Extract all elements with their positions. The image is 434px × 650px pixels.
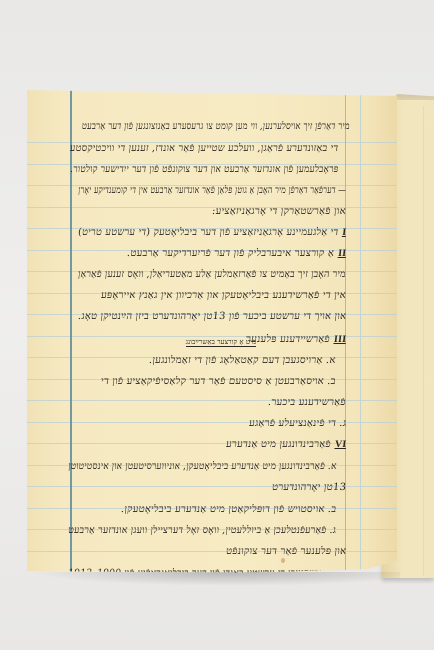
text-line: און פֿאַרשטאַרקן די אָרגאַניזאַציע: [211, 202, 347, 222]
text-line: מיר דאַרפֿן זיך אויסלערנען, ווי מען קומט… [81, 117, 351, 137]
section-marker: I [341, 227, 346, 238]
section-heading: VIפֿאַרבינדונגען מיט אַנדערע [225, 435, 347, 455]
section-heading: Iדי אַלגעמיינע אָרגאַניזאַציע פֿון דער ב… [77, 223, 347, 243]
text-line: פֿאַרשידענע ביכער. [267, 393, 347, 413]
interlinear-insertion: מיט אַ קורצער באַשרײַבונג [186, 338, 256, 347]
text-line: פּראָבלעמען פֿון אונדזער אַרבעט און דער … [69, 160, 339, 180]
text-line: און פּלענער פֿאַר דער צוקונפֿט [225, 542, 347, 562]
text-line: 13טן יאָרהונדערט [271, 478, 347, 498]
section-heading: IIאַ קורצער איבערבליק פֿון דער פֿריִערדי… [126, 244, 347, 264]
section-marker: VI [334, 439, 347, 450]
list-item: ג. פֿאַרעפֿנטלעכן אַ ביוללעטין, וואָס זא… [67, 521, 337, 541]
list-item: ב. אויסאַרבעטן אַ סיסטעם פֿאַר דער קלאַס… [100, 372, 337, 392]
list-item: א. פֿאַרבינדונגען מיט אַנדערע ביבליאָטעק… [67, 457, 337, 477]
section-heading: IIIפֿאַרשיידענע פּלענער [245, 330, 347, 350]
paper-shadow [30, 572, 400, 586]
text-line: מיר האָבן זיך באַמיט צו פֿאַרזאַמלען אַל… [77, 265, 347, 285]
list-item: א. אַרויסגעבן דעם קאַטאַלאָג פֿון די זאַ… [148, 351, 337, 371]
text-line: אין די פֿאַרשידענע ביבליאָטעקן און אַרכי… [100, 286, 347, 306]
text-line: די באַזונדערע פֿראַגן, וועלכע שטייען פֿא… [69, 139, 339, 159]
second-sheet-margin-line [423, 106, 424, 576]
manuscript-page: מיר דאַרפֿן זיך אויסלערנען, ווי מען קומט… [27, 90, 397, 580]
section-marker: II [337, 248, 346, 259]
text-line: און אויך די ערשטע ביכער פֿון 13טן יאָרהו… [77, 307, 347, 327]
text-line: — דערפֿאַר דאַרפֿן מיר האָבן אַ גוטן פּל… [119, 181, 347, 201]
section-marker: III [333, 334, 346, 345]
list-item: ג. די פֿינאַנציעלע פֿראַגע [248, 414, 347, 434]
list-item: ב. אויסטויש פֿון דופּליקאַטן מיט אַנדערע… [120, 500, 337, 520]
right-margin-line-secondary [360, 90, 361, 580]
